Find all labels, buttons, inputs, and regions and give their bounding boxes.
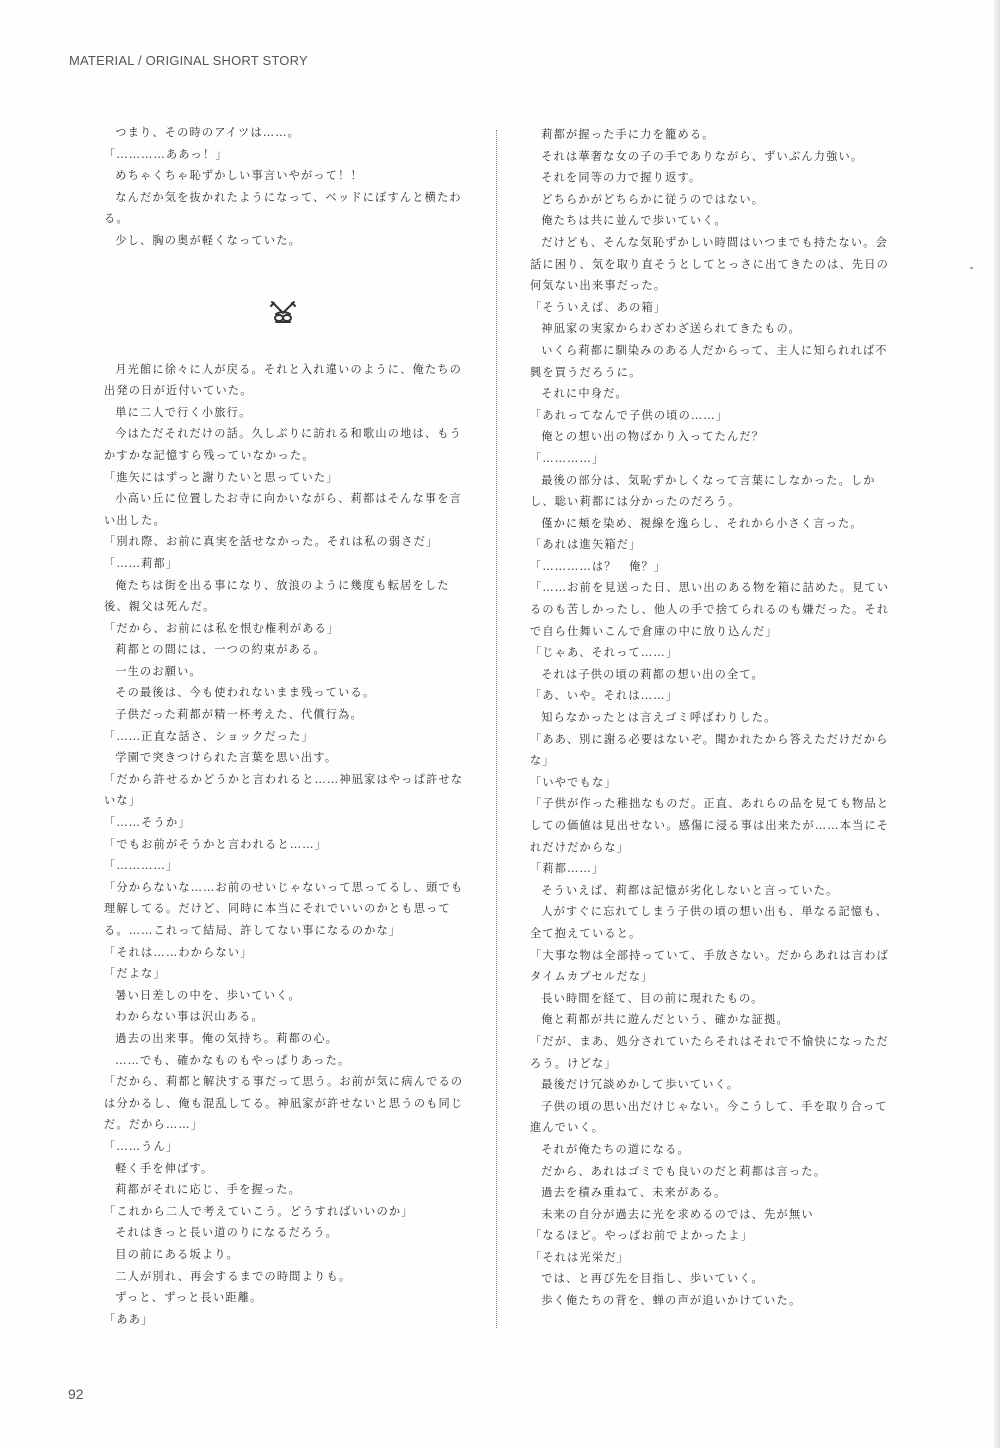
section-header: MATERIAL / ORIGINAL SHORT STORY (69, 53, 308, 68)
dialogue-line: 「子供が作った稚拙なものだ。正直、あれらの品を見ても物品としての価値は見出せない… (530, 793, 892, 858)
narration-paragraph: 最後の部分は、気恥ずかしくなって言葉にしなかった。しかし、聡い莉都には分かったの… (530, 470, 892, 513)
narration-paragraph: では、と再び先を目指し、歩いていく。 (530, 1268, 892, 1290)
dialogue-line: 「分からないな……お前のせいじゃないって思ってるし、頭でも理解してる。だけど、同… (104, 877, 468, 942)
dialogue-line: 「…………は？ 俺？」 (530, 556, 892, 578)
scene-break-ornament-icon (268, 298, 298, 326)
narration-paragraph: 最後だけ冗談めかして歩いていく。 (530, 1074, 892, 1096)
narration-paragraph: 莉都との間には、一つの約束がある。 (104, 639, 468, 661)
narration-paragraph: 俺たちは街を出る事になり、放浪のように幾度も転居をした後、親父は死んだ。 (104, 575, 468, 618)
dialogue-line: 「これから二人で考えていこう。どうすればいいのか」 (104, 1201, 468, 1223)
right-column-paragraphs: 莉都が握った手に力を籠める。それは華奢な女の子の手でありながら、ずいぶん力強い。… (530, 124, 892, 1312)
narration-paragraph: その最後は、今も使われないまま残っている。 (104, 682, 468, 704)
dialogue-line: 「そういえば、あの箱」 (530, 297, 892, 319)
narration-paragraph: 歩く俺たちの背を、蝉の声が追いかけていた。 (530, 1290, 892, 1312)
dialogue-line: 「なるほど。やっぱお前でよかったよ」 (530, 1225, 892, 1247)
dialogue-line: 「…………」 (104, 855, 468, 877)
narration-paragraph: どちらかがどちらかに従うのではない。 (530, 189, 892, 211)
narration-paragraph: それは華奢な女の子の手でありながら、ずいぶん力強い。 (530, 146, 892, 168)
dialogue-line: 「…………ああっ！」 (104, 144, 468, 166)
narration-paragraph: わからない事は沢山ある。 (104, 1006, 468, 1028)
dialogue-line: 「…………」 (530, 448, 892, 470)
narration-paragraph: 莉都がそれに応じ、手を握った。 (104, 1179, 468, 1201)
dialogue-line: 「……お前を見送った日、思い出のある物を箱に詰めた。見ているのも苦しかったし、他… (530, 577, 892, 642)
narration-paragraph: だけども、そんな気恥ずかしい時間はいつまでも持たない。会話に困り、気を取り直そう… (530, 232, 892, 297)
dialogue-line: 「……正直な話さ、ショックだった」 (104, 726, 468, 748)
narration-paragraph: 暑い日差しの中を、歩いていく。 (104, 985, 468, 1007)
narration-paragraph: だから、あれはゴミでも良いのだと莉都は言った。 (530, 1161, 892, 1183)
dialogue-line: 「……そうか」 (104, 812, 468, 834)
narration-paragraph: 少し、胸の奥が軽くなっていた。 (104, 230, 468, 252)
dialogue-line: 「でもお前がそうかと言われると……」 (104, 834, 468, 856)
narration-paragraph: 神凪家の実家からわざわざ送られてきたもの。 (530, 318, 892, 340)
narration-paragraph: それを同等の力で握り返す。 (530, 167, 892, 189)
narration-paragraph: 俺たちは共に並んで歩いていく。 (530, 210, 892, 232)
narration-paragraph: 人がすぐに忘れてしまう子供の頃の想い出も、単なる記憶も、全て抱えていると。 (530, 901, 892, 944)
dialogue-line: 「別れ際、お前に真実を話せなかった。それは私の弱さだ」 (104, 531, 468, 553)
dialogue-line: 「だから、莉都と解決する事だって思う。お前が気に病んでるのは分かるし、俺も混乱し… (104, 1071, 468, 1136)
dialogue-line: 「いやでもな」 (530, 772, 892, 794)
narration-paragraph: 学園で突きつけられた言葉を思い出す。 (104, 747, 468, 769)
narration-paragraph: 莉都が握った手に力を籠める。 (530, 124, 892, 146)
narration-paragraph: 知らなかったとは言えゴミ呼ばわりした。 (530, 707, 892, 729)
narration-paragraph: 子供だった莉都が精一杯考えた、代償行為。 (104, 704, 468, 726)
dialogue-line: 「それは光栄だ」 (530, 1247, 892, 1269)
narration-paragraph: 軽く手を伸ばす。 (104, 1158, 468, 1180)
scan-mark (970, 267, 973, 269)
narration-paragraph: そういえば、莉都は記憶が劣化しないと言っていた。 (530, 880, 892, 902)
narration-paragraph: 俺と莉都が共に遊んだという、確かな証拠。 (530, 1009, 892, 1031)
dialogue-line: 「だが、まあ、処分されていたらそれはそれで不愉快になっただろう。けどな」 (530, 1031, 892, 1074)
dialogue-line: 「ああ」 (104, 1309, 468, 1331)
narration-paragraph: それはきっと長い道のりになるだろう。 (104, 1222, 468, 1244)
dialogue-line: 「あれは進矢箱だ」 (530, 534, 892, 556)
narration-paragraph: 過去の出来事。俺の気持ち。莉都の心。 (104, 1028, 468, 1050)
narration-paragraph: なんだか気を抜かれたようになって、ベッドにぼすんと横たわる。 (104, 187, 468, 230)
column-divider (496, 130, 497, 1328)
dialogue-line: 「だから許せるかどうかと言われると……神凪家はやっぱ許せないな」 (104, 769, 468, 812)
page-edge-shadow (994, 0, 1000, 1448)
narration-paragraph: めちゃくちゃ恥ずかしい事言いやがって！！ (104, 165, 468, 187)
dialogue-line: 「ああ、別に謝る必要はないぞ。聞かれたから答えただけだからな」 (530, 729, 892, 772)
narration-paragraph: ずっと、ずっと長い距離。 (104, 1287, 468, 1309)
narration-paragraph: それは子供の頃の莉都の想い出の全て。 (530, 664, 892, 686)
narration-paragraph: 未来の自分が過去に光を求めるのでは、先が無い (530, 1204, 892, 1226)
dialogue-line: 「……莉都」 (104, 553, 468, 575)
narration-paragraph: 一生のお願い。 (104, 661, 468, 683)
dialogue-line: 「だよな」 (104, 963, 468, 985)
narration-paragraph: 単に二人で行く小旅行。 (104, 402, 468, 424)
narration-paragraph: 月光館に徐々に人が戻る。それと入れ違いのように、俺たちの出発の日が近付いていた。 (104, 359, 468, 402)
page-number: 92 (68, 1386, 84, 1402)
narration-paragraph: 小高い丘に位置したお寺に向かいながら、莉都はそんな事を言い出した。 (104, 488, 468, 531)
right-column: 莉都が握った手に力を籠める。それは華奢な女の子の手でありながら、ずいぶん力強い。… (530, 124, 892, 1312)
narration-paragraph: 今はただそれだけの話。久しぶりに訪れる和歌山の地は、もうかすかな記憶すら残ってい… (104, 423, 468, 466)
narration-paragraph: 俺との想い出の物ばかり入ってたんだ？ (530, 426, 892, 448)
narration-paragraph: それが俺たちの道になる。 (530, 1139, 892, 1161)
dialogue-line: 「莉都……」 (530, 858, 892, 880)
narration-paragraph: 過去を積み重ねて、未来がある。 (530, 1182, 892, 1204)
narration-paragraph: 目の前にある坂より。 (104, 1244, 468, 1266)
narration-paragraph: つまり、その時のアイツは……。 (104, 122, 468, 144)
dialogue-line: 「あれってなんで子供の頃の……」 (530, 405, 892, 427)
narration-paragraph: それに中身だ。 (530, 383, 892, 405)
dialogue-line: 「じゃあ、それって……」 (530, 642, 892, 664)
narration-paragraph: 僅かに頬を染め、視線を逸らし、それから小さく言った。 (530, 513, 892, 535)
narration-paragraph: 長い時間を経て、目の前に現れたもの。 (530, 988, 892, 1010)
dialogue-line: 「……うん」 (104, 1136, 468, 1158)
narration-paragraph: いくら莉都に馴染みのある人だからって、主人に知られれば不興を買うだろうに。 (530, 340, 892, 383)
narration-paragraph: ……でも、確かなものもやっぱりあった。 (104, 1050, 468, 1072)
dialogue-line: 「それは……わからない」 (104, 942, 468, 964)
dialogue-line: 「進矢にはずっと謝りたいと思っていた」 (104, 467, 468, 489)
dialogue-line: 「あ、いや。それは……」 (530, 685, 892, 707)
narration-paragraph: 二人が別れ、再会するまでの時間よりも。 (104, 1266, 468, 1288)
narration-paragraph: 子供の頃の思い出だけじゃない。今こうして、手を取り合って進んでいく。 (530, 1096, 892, 1139)
left-column-before-break: つまり、その時のアイツは……。「…………ああっ！」めちゃくちゃ恥ずかしい事言いや… (104, 122, 468, 252)
left-column-after-break: 月光館に徐々に人が戻る。それと入れ違いのように、俺たちの出発の日が近付いていた。… (104, 359, 468, 1331)
dialogue-line: 「大事な物は全部持っていて、手放さない。だからあれは言わばタイムカプセルだな」 (530, 945, 892, 988)
dialogue-line: 「だから、お前には私を恨む権利がある」 (104, 618, 468, 640)
